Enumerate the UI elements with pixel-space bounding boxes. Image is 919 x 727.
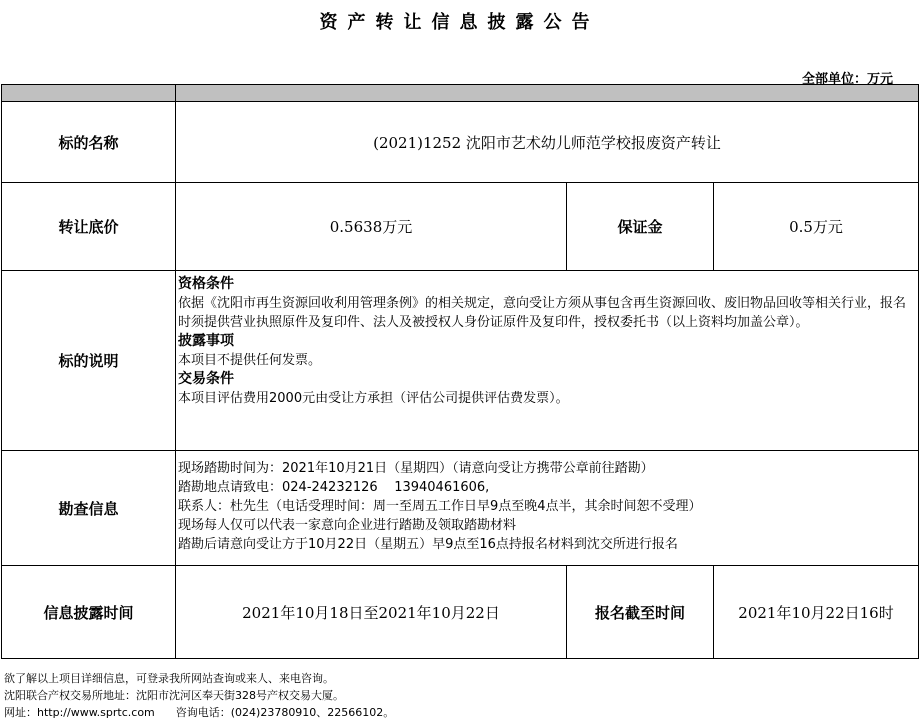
page-title: 资产转让信息披露公告 [0, 8, 919, 34]
footer-line: 欲了解以上项目详细信息，可登录我所网站查询或来人、来电咨询。 [4, 670, 394, 687]
deposit-label: 保证金 [567, 183, 714, 271]
inspection-line: 现场踏勘时间为：2021年10月21日（星期四）（请意向受让方携带公章前往踏勘） [178, 459, 916, 478]
footer-line: 沈阳联合产权交易所地址：沈阳市沈河区奉天街328号产权交易大厦。 [4, 687, 394, 704]
disclosure-label: 信息披露时间 [2, 566, 176, 659]
footer-line: 网址：http://www.sprtc.com 咨询电话：(024)237809… [4, 704, 394, 721]
price-label: 转让底价 [2, 183, 176, 271]
name-label: 标的名称 [2, 102, 176, 183]
disclosure-table: 标的名称 (2021)1252 沈阳市艺术幼儿师范学校报废资产转让 转让底价 0… [1, 84, 919, 659]
section-heading: 交易条件 [178, 371, 234, 387]
table-header-row [2, 85, 919, 102]
name-value: (2021)1252 沈阳市艺术幼儿师范学校报废资产转让 [176, 102, 919, 183]
table-row-inspection: 勘查信息 现场踏勘时间为：2021年10月21日（星期四）（请意向受让方携带公章… [2, 451, 919, 566]
description-content: 资格条件 依据《沈阳市再生资源回收利用管理条例》的相关规定，意向受让方须从事包含… [176, 271, 919, 451]
deadline-label: 报名截至时间 [567, 566, 714, 659]
section-text: 依据《沈阳市再生资源回收利用管理条例》的相关规定，意向受让方须从事包含再生资源回… [178, 294, 916, 332]
table-row-price: 转让底价 0.5638万元 保证金 0.5万元 [2, 183, 919, 271]
inspection-line: 踏勘地点请致电：024-24232126 13940461606, [178, 478, 916, 497]
section-text: 本项目评估费用2000元由受让方承担（评估公司提供评估费发票）。 [178, 389, 916, 408]
deadline-value: 2021年10月22日16时 [714, 566, 919, 659]
footer-notes: 欲了解以上项目详细信息，可登录我所网站查询或来人、来电咨询。 沈阳联合产权交易所… [4, 670, 394, 721]
section-heading: 披露事项 [178, 333, 234, 349]
inspection-content: 现场踏勘时间为：2021年10月21日（星期四）（请意向受让方携带公章前往踏勘）… [176, 451, 919, 566]
inspection-line: 踏勘后请意向受让方于10月22日（星期五）早9点至16点持报名材料到沈交所进行报… [178, 535, 916, 554]
table-row-name: 标的名称 (2021)1252 沈阳市艺术幼儿师范学校报废资产转让 [2, 102, 919, 183]
deposit-value: 0.5万元 [714, 183, 919, 271]
inspection-line: 现场每人仅可以代表一家意向企业进行踏勘及领取踏勘材料 [178, 516, 916, 535]
inspection-line: 联系人：杜先生（电话受理时间：周一至周五工作日早9点至晚4点半，其余时间恕不受理… [178, 497, 916, 516]
price-value: 0.5638万元 [176, 183, 567, 271]
section-heading: 资格条件 [178, 276, 234, 292]
table-row-disclosure: 信息披露时间 2021年10月18日至2021年10月22日 报名截至时间 20… [2, 566, 919, 659]
disclosure-value: 2021年10月18日至2021年10月22日 [176, 566, 567, 659]
inspection-label: 勘查信息 [2, 451, 176, 566]
section-text: 本项目不提供任何发票。 [178, 351, 916, 370]
description-label: 标的说明 [2, 271, 176, 451]
table-row-description: 标的说明 资格条件 依据《沈阳市再生资源回收利用管理条例》的相关规定，意向受让方… [2, 271, 919, 451]
